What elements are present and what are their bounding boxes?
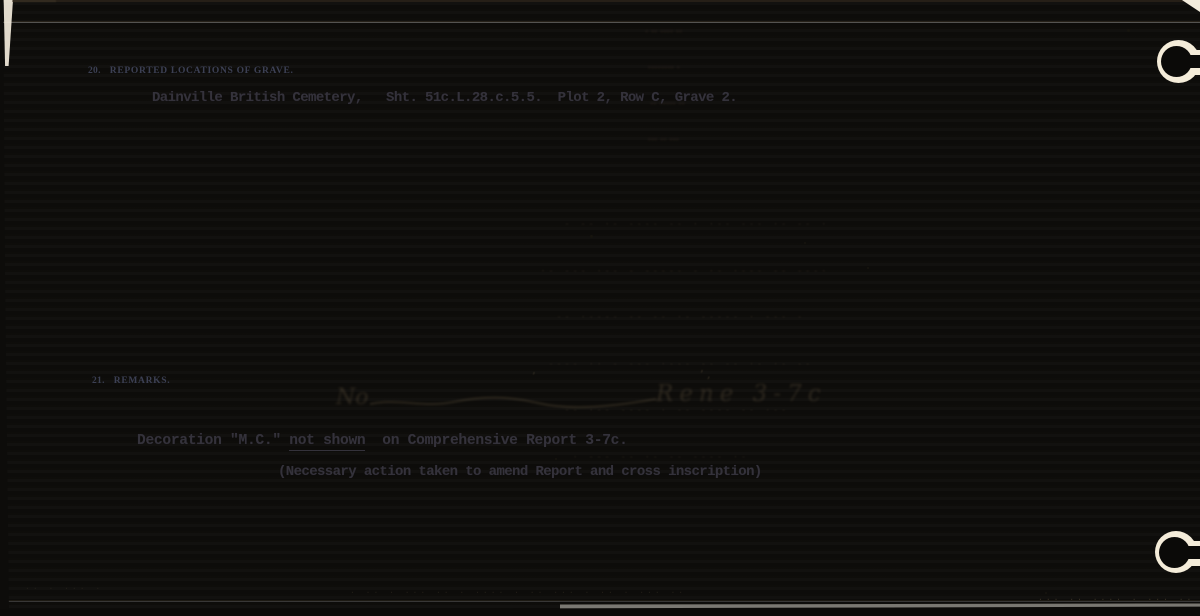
section-20-heading: 20. REPORTED LOCATIONS OF GRAVE. xyxy=(88,66,294,76)
section-21-label: REMARKS. xyxy=(114,376,171,386)
paper-crease-bottom xyxy=(0,600,1200,601)
remarks-line-2: (Necessary action taken to amend Report … xyxy=(278,464,762,480)
ink-speck xyxy=(804,242,806,244)
section-21-number: 21. xyxy=(92,376,105,386)
ink-speck xyxy=(867,267,869,269)
paper-crease-top xyxy=(0,21,1200,22)
ink-speck xyxy=(1045,592,1047,594)
ink-speck xyxy=(590,235,593,238)
ink-speck xyxy=(555,458,557,460)
section-20-label: REPORTED LOCATIONS OF GRAVE. xyxy=(110,66,294,76)
punch-hole-stem-bottom xyxy=(1185,546,1200,559)
remarks-line-1-post: on Comprehensive Report 3-7c. xyxy=(365,433,627,449)
scan-edge-top xyxy=(12,0,1190,2)
ink-speck xyxy=(1127,29,1130,32)
remarks-line-1-pre: Decoration "M.C." xyxy=(137,433,289,449)
grave-location-entry: Dainville British Cemetery, Sht. 51c.L.2… xyxy=(152,90,737,106)
punch-hole-stem-top xyxy=(1187,55,1200,68)
scanned-document-page: · ·· ···· ·· ········ · ·· ····· ·· ··· … xyxy=(0,0,1200,616)
remarks-not-shown-underlined: not shown xyxy=(289,433,365,451)
remarks-line-1: Decoration "M.C." not shown on Comprehen… xyxy=(137,433,628,449)
section-21-heading: 21. REMARKS. xyxy=(92,376,170,386)
section-20-number: 20. xyxy=(88,66,101,76)
